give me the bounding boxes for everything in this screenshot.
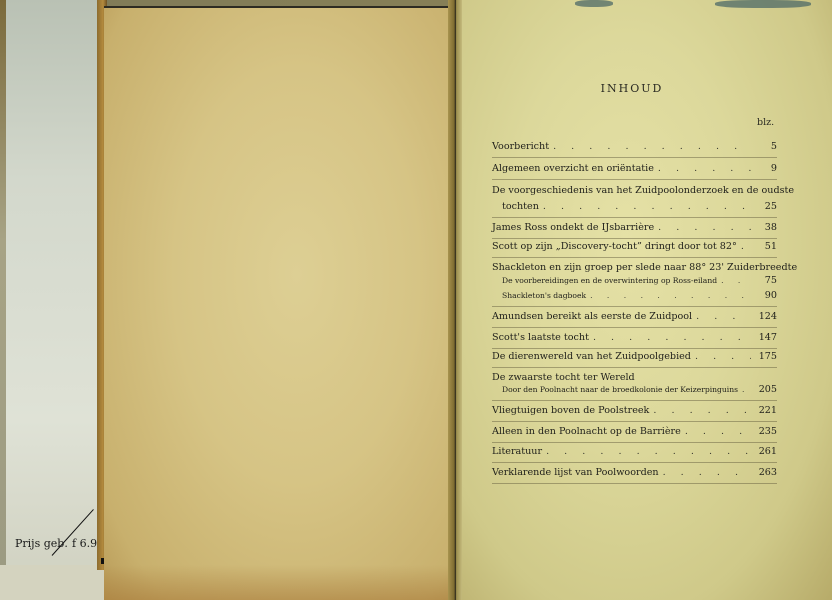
left-page-blank bbox=[104, 6, 454, 600]
divider bbox=[492, 462, 777, 463]
divider bbox=[492, 327, 777, 328]
toc-subentry: De voorbereidingen en de overwintering o… bbox=[492, 275, 777, 287]
leader-dots bbox=[685, 426, 751, 438]
toc-entry: Voorbericht 5 bbox=[492, 141, 777, 153]
toc-entry: Scott op zijn „Discovery-tocht” dringt d… bbox=[492, 241, 777, 253]
toc-subentry-title: Shackleton's dagboek bbox=[502, 290, 586, 302]
toc-entry-page: 235 bbox=[755, 426, 777, 438]
toc-subentry-title: De voorbereidingen en de overwintering o… bbox=[502, 275, 717, 287]
toc-entry-page: 175 bbox=[755, 351, 777, 363]
toc-entry-page: 221 bbox=[755, 405, 777, 417]
toc-entry-title: Scott op zijn „Discovery-tocht” dringt d… bbox=[492, 241, 737, 253]
leader-dots bbox=[658, 163, 751, 175]
toc-entry: James Ross ondekt de IJsbarrière 38 bbox=[492, 222, 777, 234]
leader-dots bbox=[742, 384, 751, 396]
leader-dots bbox=[593, 332, 751, 344]
toc-entry-page: 263 bbox=[755, 467, 777, 479]
toc-subentry: Door den Poolnacht naar de broedkolonie … bbox=[492, 384, 777, 396]
leader-dots bbox=[741, 241, 751, 253]
divider bbox=[492, 421, 777, 422]
toc-entry-title: De zwaarste tocht ter Wereld bbox=[492, 372, 635, 384]
toc-entry-page: 90 bbox=[755, 290, 777, 302]
toc-entry-continuation: tochten 25 bbox=[492, 201, 777, 213]
price-label: Prijs geb. bbox=[15, 537, 68, 550]
toc-entry-title: Alleen in den Poolnacht op de Barrière bbox=[492, 426, 681, 438]
left-page-shadow bbox=[104, 565, 454, 600]
ink-stain bbox=[715, 0, 811, 8]
divider bbox=[492, 179, 777, 180]
toc-entry-page: 261 bbox=[755, 446, 777, 458]
toc-entry-page: 5 bbox=[755, 141, 777, 153]
divider bbox=[492, 400, 777, 401]
toc-entry-page: 205 bbox=[755, 384, 777, 396]
flyleaf bbox=[0, 0, 104, 600]
toc-entry: Shackleton en zijn groep per slede naar … bbox=[492, 262, 777, 274]
leader-dots bbox=[721, 275, 751, 287]
divider bbox=[492, 367, 777, 368]
book-spread-photo: Prijs geb. f 6.90 INHOUD blz. Voorberich… bbox=[0, 0, 832, 600]
ink-stain bbox=[575, 0, 613, 7]
toc-entry: Alleen in den Poolnacht op de Barrière 2… bbox=[492, 426, 777, 438]
divider bbox=[492, 442, 777, 443]
toc-entry: Literatuur 261 bbox=[492, 446, 777, 458]
leader-dots bbox=[658, 222, 751, 234]
page-column-header: blz. bbox=[757, 117, 774, 128]
toc-entry-title: Vliegtuigen boven de Poolstreek bbox=[492, 405, 649, 417]
toc-title: INHOUD bbox=[458, 82, 806, 95]
toc-entry: De dierenwereld van het Zuidpoolgebied 1… bbox=[492, 351, 777, 363]
leader-dots bbox=[695, 351, 751, 363]
toc-subentry: Shackleton's dagboek 90 bbox=[492, 290, 777, 302]
leader-dots bbox=[553, 141, 751, 153]
leader-dots bbox=[590, 290, 751, 302]
toc-entry: Amundsen bereikt als eerste de Zuidpool … bbox=[492, 311, 777, 323]
toc-entry-title: De voorgeschiedenis van het Zuidpoolonde… bbox=[492, 185, 794, 197]
toc-entry: De zwaarste tocht ter Wereld bbox=[492, 372, 777, 384]
toc-entry-page: 9 bbox=[755, 163, 777, 175]
toc-entry: Scott's laatste tocht 147 bbox=[492, 332, 777, 344]
leader-dots bbox=[696, 311, 751, 323]
leader-dots bbox=[546, 446, 751, 458]
toc-entry: Vliegtuigen boven de Poolstreek 221 bbox=[492, 405, 777, 417]
flyleaf-bottom bbox=[0, 565, 104, 600]
divider bbox=[492, 238, 777, 239]
toc-entry-title: Shackleton en zijn groep per slede naar … bbox=[492, 262, 797, 274]
toc-entry-title: James Ross ondekt de IJsbarrière bbox=[492, 222, 654, 234]
toc-subentry-title: Door den Poolnacht naar de broedkolonie … bbox=[502, 384, 738, 396]
toc-entry-title: De dierenwereld van het Zuidpoolgebied bbox=[492, 351, 691, 363]
leader-dots bbox=[663, 467, 751, 479]
flyleaf-edge bbox=[0, 0, 6, 600]
toc-entry-title: Literatuur bbox=[492, 446, 542, 458]
toc-entry-title: Amundsen bereikt als eerste de Zuidpool bbox=[492, 311, 692, 323]
toc-entry: Algemeen overzicht en oriëntatie 9 bbox=[492, 163, 777, 175]
toc-entry-page: 75 bbox=[755, 275, 777, 287]
toc-entry: De voorgeschiedenis van het Zuidpoolonde… bbox=[492, 185, 777, 197]
toc-entry-page: 25 bbox=[755, 201, 777, 213]
toc-entry-page: 124 bbox=[755, 311, 777, 323]
toc-entry: Verklarende lijst van Poolwoorden 263 bbox=[492, 467, 777, 479]
divider bbox=[492, 306, 777, 307]
toc-entry-title: Verklarende lijst van Poolwoorden bbox=[492, 467, 659, 479]
toc-entry-title-continuation: tochten bbox=[502, 201, 539, 213]
divider bbox=[492, 348, 777, 349]
divider bbox=[492, 257, 777, 258]
divider bbox=[492, 483, 777, 484]
toc-entry-page: 51 bbox=[755, 241, 777, 253]
toc-entry-page: 38 bbox=[755, 222, 777, 234]
leader-dots bbox=[653, 405, 751, 417]
leader-dots bbox=[543, 201, 751, 213]
divider bbox=[492, 217, 777, 218]
toc-entry-title: Algemeen overzicht en oriëntatie bbox=[492, 163, 654, 175]
toc-entry-title: Voorbericht bbox=[492, 141, 549, 153]
toc-entry-page: 147 bbox=[755, 332, 777, 344]
toc-entry-title: Scott's laatste tocht bbox=[492, 332, 589, 344]
divider bbox=[492, 157, 777, 158]
